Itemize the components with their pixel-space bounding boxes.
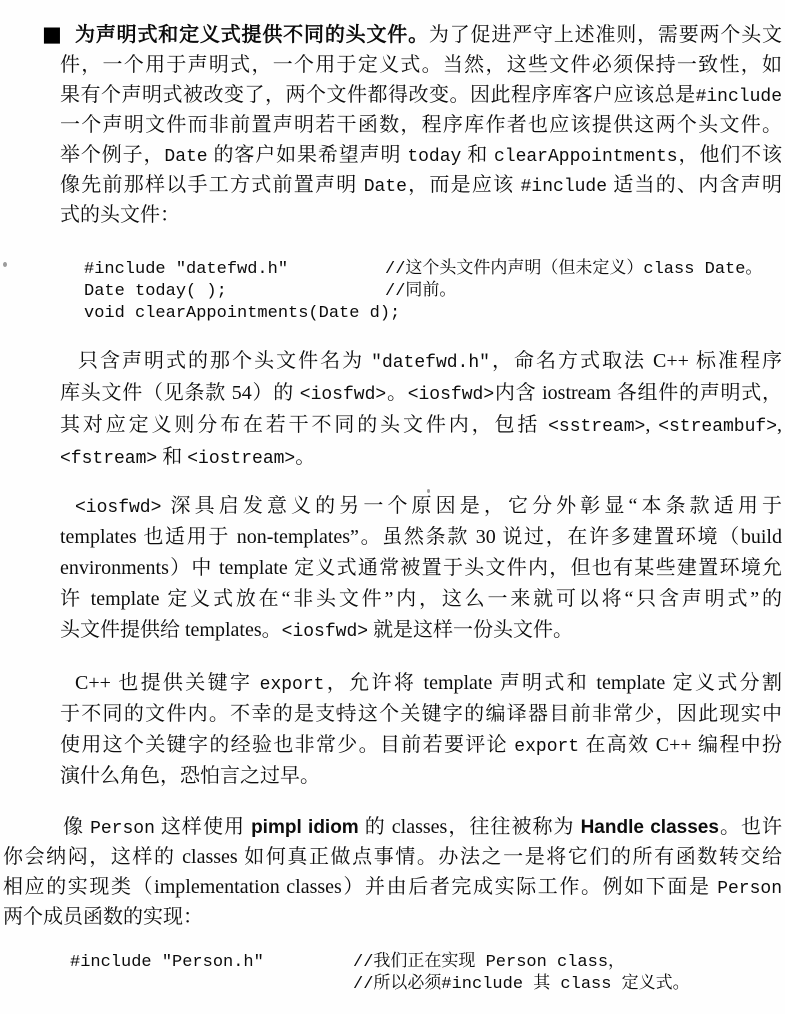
inline-code: <iosfwd> — [408, 385, 494, 405]
text-line: 于不同的文件内。不幸的是支持这个关键字的编译器目前非常少，因此现实中 — [60, 699, 782, 730]
text-line: C++ 也提供关键字 export，允许将 template 声明式和 temp… — [60, 668, 782, 699]
inline-code: <iostream> — [187, 449, 295, 469]
text-run: templates 也适用于 non-templates”。虽然条款 30 说过… — [60, 526, 782, 548]
text-run: 。 — [295, 446, 315, 468]
bold-heading-run: 为声明式和定义式提供不同的头文件。 — [75, 24, 429, 46]
scan-artifact-dot — [427, 489, 430, 493]
text-line: 果有个声明式被改变了，两个文件都得改变。因此程序库客户应该总是#include — [60, 80, 782, 110]
inline-code: Date — [164, 147, 207, 167]
inline-code: <iosfwd> — [75, 498, 161, 518]
bullet-square-icon: ■ — [42, 19, 62, 49]
inline-code: <iosfwd> — [282, 622, 368, 642]
text-run: 深具启发意义的另一个原因是，它分外彰显“本条款适用于 — [161, 495, 782, 517]
text-line: templates 也适用于 non-templates”。虽然条款 30 说过… — [60, 522, 782, 553]
paragraph-iosfwd-templates: <iosfwd> 深具启发意义的另一个原因是，它分外彰显“本条款适用于templ… — [60, 491, 782, 646]
paragraph-export-keyword: C++ 也提供关键字 export，允许将 template 声明式和 temp… — [60, 668, 782, 792]
text-run: 相应的实现类（implementation classes）并由后者完成实际工作… — [3, 876, 717, 898]
text-run: , — [777, 414, 782, 436]
text-line: <fstream> 和 <iostream>。 — [60, 441, 782, 473]
code-comment: //同前。 — [385, 281, 456, 303]
text-run: 一个声明文件而非前置声明若干函数，程序库作者也应该提供这两个头文件。 — [60, 114, 782, 136]
emphasis-term: Handle classes — [581, 817, 719, 838]
text-line: 使用这个关键字的经验也非常少。目前若要评论 export 在高效 C++ 编程中… — [60, 730, 782, 761]
text-line: 你会纳闷，这样的 classes 如何真正做点事情。办法之一是将它们的所有函数转… — [3, 842, 782, 872]
code-text: void clearAppointments(Date d); — [84, 303, 400, 325]
text-line: 两个成员函数的实现： — [3, 902, 782, 932]
paragraph-pimpl-handle-classes: 像 Person 这样使用 pimpl idiom 的 classes，往往被称… — [3, 812, 782, 932]
inline-code: export — [260, 675, 325, 695]
text-run: 使用这个关键字的经验也非常少。目前若要评论 — [60, 734, 514, 756]
inline-code: <sstream> — [548, 417, 645, 437]
text-run: 头文件提供给 templates。 — [60, 619, 282, 641]
text-run: 举个例子， — [60, 144, 164, 166]
text-line: <iosfwd> 深具启发意义的另一个原因是，它分外彰显“本条款适用于 — [60, 491, 782, 522]
text-line: 举个例子，Date 的客户如果希望声明 today 和 clearAppoint… — [60, 140, 782, 170]
text-line: 头文件提供给 templates。<iosfwd> 就是这样一份头文件。 — [60, 615, 782, 646]
text-run: 像先前那样以手工方式前置声明 — [60, 174, 364, 196]
text-line: 件，一个用于声明式，一个用于定义式。当然，这些文件必须保持一致性，如 — [60, 50, 782, 80]
text-run: 适当的、内含声明 — [607, 174, 782, 196]
text-run: 的 classes，往往被称为 — [359, 816, 581, 838]
text-line: 像先前那样以手工方式前置声明 Date，而是应该 #include 适当的、内含… — [60, 170, 782, 200]
text-run: 库头文件（见条款 54）的 — [60, 382, 300, 404]
inline-code: today — [407, 147, 461, 167]
paragraph-datefwd-naming: 只含声明式的那个头文件名为 "datefwd.h"，命名方式取法 C++ 标准程… — [60, 345, 782, 473]
text-line: 其对应定义则分布在若干不同的头文件内，包括 <sstream>, <stream… — [60, 409, 782, 441]
text-line: 许 template 定义式放在“非头文件”内，这么一来就可以将“只含声明式”的 — [60, 584, 782, 615]
text-run: ，允许将 template 声明式和 template 定义式分割 — [324, 672, 782, 694]
scan-artifact-dot — [3, 262, 7, 267]
text-run: ，他们不该 — [678, 144, 782, 166]
inline-code: export — [514, 737, 579, 757]
text-run: 像 — [63, 816, 90, 838]
text-run: 的客户如果希望声明 — [208, 144, 408, 166]
inline-code: <fstream> — [60, 449, 157, 469]
code-text: #include "datefwd.h" — [84, 259, 288, 281]
text-line: 为声明式和定义式提供不同的头文件。为了促进严守上述准则，需要两个头文 — [60, 20, 782, 50]
text-line: 一个声明文件而非前置声明若干函数，程序库作者也应该提供这两个头文件。 — [60, 110, 782, 140]
bullet-item-provide-separate-headers: 为声明式和定义式提供不同的头文件。为了促进严守上述准则，需要两个头文件，一个用于… — [60, 20, 782, 230]
code-comment: //所以必须#include 其 class 定义式。 — [353, 974, 690, 996]
book-page: ■ 为声明式和定义式提供不同的头文件。为了促进严守上述准则，需要两个头文件，一个… — [0, 0, 785, 1014]
inline-code: #include — [696, 87, 782, 107]
inline-code: #include — [521, 177, 607, 197]
text-run: 式的头文件： — [60, 204, 180, 226]
code-comment: //这个头文件内声明（但未定义）class Date。 — [385, 259, 762, 281]
code-comment: //我们正在实现 Person class， — [353, 952, 625, 974]
text-line: 像 Person 这样使用 pimpl idiom 的 classes，往往被称… — [3, 812, 782, 842]
code-text: #include "Person.h" — [70, 952, 264, 974]
text-line: 库头文件（见条款 54）的 <iosfwd>。<iosfwd>内含 iostre… — [60, 377, 782, 409]
text-run: 内含 iostream 各组件的声明式， — [494, 382, 782, 404]
emphasis-term: pimpl idiom — [251, 817, 359, 838]
text-run: ，而是应该 — [407, 174, 521, 196]
scan-artifact-dot — [336, 708, 339, 714]
inline-code: Person — [717, 879, 782, 899]
text-line: 只含声明式的那个头文件名为 "datefwd.h"，命名方式取法 C++ 标准程… — [60, 345, 782, 377]
text-run: 。也许 — [719, 816, 782, 838]
text-run: 和 — [461, 144, 494, 166]
text-line: 式的头文件： — [60, 200, 782, 230]
code-text: Date today( ); — [84, 281, 227, 303]
text-run: 只含声明式的那个头文件名为 — [78, 350, 371, 372]
text-run: 两个成员函数的实现： — [3, 906, 203, 928]
text-run: C++ 也提供关键字 — [75, 672, 260, 694]
text-run: 许 template 定义式放在“非头文件”内，这么一来就可以将“只含声明式”的 — [60, 588, 782, 610]
text-run: 。 — [386, 382, 408, 404]
text-run: 这样使用 — [155, 816, 251, 838]
text-run: ，命名方式取法 C++ 标准程序 — [490, 350, 782, 372]
text-line: 相应的实现类（implementation classes）并由后者完成实际工作… — [3, 872, 782, 902]
inline-code: <streambuf> — [658, 417, 777, 437]
text-run: 为了促进严守上述准则，需要两个头文 — [429, 24, 782, 46]
text-run: 和 — [157, 446, 187, 468]
text-line: environments）中 template 定义式通常被置于头文件内，但也有… — [60, 553, 782, 584]
text-run: 其对应定义则分布在若干不同的头文件内，包括 — [60, 414, 548, 436]
text-run: 你会纳闷，这样的 classes 如何真正做点事情。办法之一是将它们的所有函数转… — [3, 846, 782, 868]
text-run: 就是这样一份头文件。 — [368, 619, 573, 641]
inline-code: Person — [90, 819, 155, 839]
text-run: environments）中 template 定义式通常被置于头文件内，但也有… — [60, 557, 782, 579]
inline-code: <iosfwd> — [300, 385, 386, 405]
text-run: 演什么角色，恐怕言之过早。 — [60, 765, 320, 787]
inline-code: Date — [364, 177, 407, 197]
inline-code: clearAppointments — [494, 147, 678, 167]
text-run: 于不同的文件内。不幸的是支持这个关键字的编译器目前非常少，因此现实中 — [60, 703, 782, 725]
text-run: , — [645, 414, 658, 436]
inline-code: "datefwd.h" — [371, 353, 490, 373]
text-run: 果有个声明式被改变了，两个文件都得改变。因此程序库客户应该总是 — [60, 84, 696, 106]
text-run: 在高效 C++ 编程中扮 — [579, 734, 782, 756]
text-run: 件，一个用于声明式，一个用于定义式。当然，这些文件必须保持一致性，如 — [60, 54, 782, 76]
text-line: 演什么角色，恐怕言之过早。 — [60, 761, 782, 792]
